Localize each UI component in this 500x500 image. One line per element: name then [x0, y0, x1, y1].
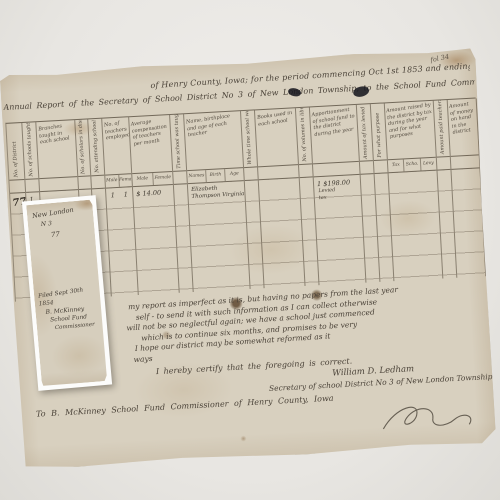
column-label: For what purpose: [375, 113, 383, 158]
docket-year: 1854: [39, 300, 54, 307]
column-label: No. of teachers employed: [102, 117, 130, 142]
signature-flourish: [376, 393, 488, 444]
photo-background: fol 34 of Henry County, Iowa; for the pe…: [0, 0, 500, 500]
column-label: No. of District: [12, 141, 19, 177]
column-label: Books used in each school: [255, 108, 296, 128]
column-header: No. of teachers employed: [102, 117, 131, 175]
subheader-label: Names: [187, 170, 206, 183]
subheader-label: Birth place: [205, 169, 225, 182]
docket-commissioner-title: Commissioner: [55, 322, 95, 331]
column-label: No. attending school: [92, 120, 100, 173]
column-header: Name, birthplace and age of each teacher: [184, 111, 243, 171]
column-label: Time school was taught: [174, 114, 183, 168]
subheader-label: Levy: [419, 158, 436, 171]
column-label: Average compensation of teachers per mon…: [129, 115, 172, 148]
docket-district-number: N 3: [41, 220, 53, 228]
column-subheader: [9, 180, 25, 194]
column-header: Amount of money on hand in the district: [448, 98, 479, 156]
column-cells: 1 $198.00Leviedtax: [314, 175, 366, 285]
table-column-teacher-name: Name, birthplace and age of each teacher…: [184, 111, 251, 292]
column-header: Books used in each school: [255, 108, 298, 167]
column-cells: [389, 171, 443, 281]
column-cells: ElizabethThompson Virginia: [188, 181, 250, 292]
column-cells: $ 14.00: [133, 185, 179, 295]
column-cells: [259, 178, 305, 288]
docket-number: 77: [51, 230, 61, 239]
column-subheader: [374, 160, 388, 174]
column-header: No. of District: [6, 123, 24, 181]
column-header: Branches taught in each school: [36, 120, 77, 179]
addressee-line: To B. McKinney School Fund Commissioner …: [36, 394, 334, 419]
column-label: No. of schools taught: [26, 123, 34, 177]
docket-town: New London: [32, 206, 75, 220]
column-subheader: [299, 164, 313, 178]
subheader-label: Tax: [388, 159, 404, 172]
column-label: Amount of tax levied: [361, 106, 369, 159]
docket-filed-line: Filed Sept 30th: [38, 287, 84, 299]
column-header: Apportionment of school fund to the dist…: [310, 105, 359, 164]
column-label: Whole time school was kept: [244, 110, 253, 164]
column-label: No. of volumes in library: [299, 107, 308, 161]
column-subheader: [244, 167, 258, 181]
subheader-label: Female: [152, 172, 173, 185]
cell-value: $ 14.00: [133, 188, 173, 199]
column-subheader: [91, 176, 105, 190]
column-subheader: [78, 176, 91, 190]
column-label: Amount paid teachers: [437, 100, 446, 154]
column-label: Amount of money on hand in the district: [448, 98, 479, 136]
column-label: Apportionment of school fund to the dist…: [310, 105, 359, 138]
docket-paper: New London N 3 77 Filed Sept 30th 1854 B…: [26, 199, 108, 386]
column-label: Amount raised by the district by tax dur…: [385, 101, 436, 141]
column-subheader: [173, 171, 187, 185]
subheader-label: Age: [224, 168, 244, 181]
subheader-label: Male: [105, 175, 118, 188]
column-cells: [451, 168, 485, 277]
subheader-label: Scho.: [403, 159, 420, 172]
cell-note: tax: [315, 193, 361, 202]
subheader-label: Male: [132, 173, 152, 186]
column-label: Branches taught in each school: [36, 120, 76, 146]
column-subheader: [437, 157, 451, 171]
column-label: Name, birthplace and age of each teacher: [184, 111, 242, 139]
column-header: Amount raised by the district by tax dur…: [385, 101, 436, 161]
column-header: Average compensation of teachers per mon…: [129, 115, 172, 174]
column-subheader: [360, 161, 374, 175]
column-subheader: [25, 179, 39, 193]
column-label: No. of scholars in district: [78, 119, 87, 173]
subheader-label: Female: [118, 174, 132, 187]
